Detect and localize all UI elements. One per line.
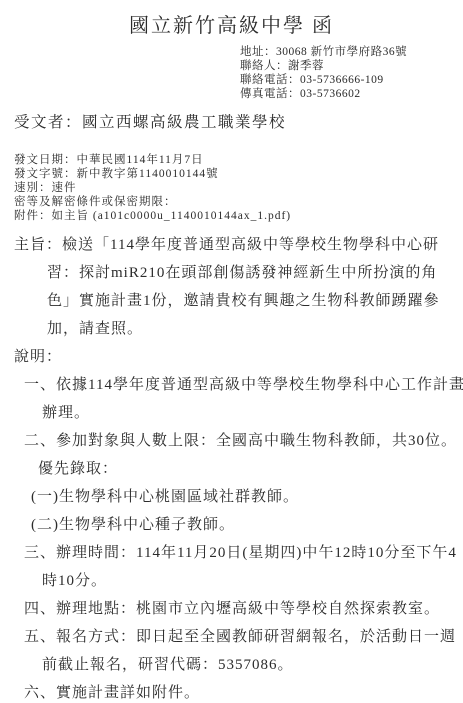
attachment-reference: 附件：如主旨 (a101c0000u_1140010144ax_1.pdf) xyxy=(14,209,463,223)
subject-line: 習：探討miR210在頭部創傷誘發神經新生中所扮演的角 xyxy=(0,259,463,287)
subject-line: 主旨：檢送「114學年度普通型高級中等學校生物學科中心研 xyxy=(0,231,463,259)
explanation-line: 五、報名方式：即日起至全國教師研習網報名，於活動日一週 xyxy=(0,623,463,651)
explanation-line: (一)生物學科中心桃園區域社群教師。 xyxy=(0,483,463,511)
priority-level: 速別：速件 xyxy=(14,181,463,195)
issue-date: 發文日期：中華民國114年11月7日 xyxy=(14,153,463,167)
explanation-line: 時10分。 xyxy=(0,567,463,595)
document-title: 國立新竹高級中學 函 xyxy=(0,0,463,38)
explanation-line: 六、實施計畫詳如附件。 xyxy=(0,679,463,703)
explanation-line: 四、辦理地點：桃園市立內壢高級中等學校自然探索教室。 xyxy=(0,595,463,623)
sender-contact-person: 聯絡人：謝季蓉 xyxy=(240,59,463,73)
letter-body: 主旨：檢送「114學年度普通型高級中等學校生物學科中心研 習：探討miR210在… xyxy=(0,231,463,703)
explanation-line: 前截止報名，研習代碼：5357086。 xyxy=(0,651,463,679)
issue-number: 發文字號：新中教字第1140010144號 xyxy=(14,167,463,181)
explanation-line: 一、依據114學年度普通型高級中等學校生物學科中心工作計畫 xyxy=(0,371,463,399)
subject-line: 色」實施計畫1份，邀請貴校有興趣之生物科教師踴躍參 xyxy=(0,287,463,315)
official-letter-page: 國立新竹高級中學 函 地址：30068 新竹市學府路36號 聯絡人：謝季蓉 聯絡… xyxy=(0,0,463,703)
sender-phone: 聯絡電話：03-5736666-109 xyxy=(240,73,463,87)
explanation-line: (二)生物學科中心種子教師。 xyxy=(0,511,463,539)
explanation-line: 三、辦理時間：114年11月20日(星期四)中午12時10分至下午4 xyxy=(0,539,463,567)
explanation-line: 二、參加對象與人數上限：全國高中職生物科教師，共30位。 xyxy=(0,427,463,455)
recipient-line: 受文者：國立西螺高級農工職業學校 xyxy=(14,114,463,132)
security-classification: 密等及解密條件或保密期限： xyxy=(14,195,463,209)
explanation-heading: 說明： xyxy=(0,343,463,371)
meta-block: 發文日期：中華民國114年11月7日 發文字號：新中教字第1140010144號… xyxy=(14,153,463,223)
subject-line: 加，請查照。 xyxy=(0,315,463,343)
sender-address: 地址：30068 新竹市學府路36號 xyxy=(240,45,463,59)
sender-fax: 傳真電話：03-5736602 xyxy=(240,87,463,101)
explanation-line: 優先錄取： xyxy=(0,455,463,483)
explanation-line: 辦理。 xyxy=(0,399,463,427)
sender-info-block: 地址：30068 新竹市學府路36號 聯絡人：謝季蓉 聯絡電話：03-57366… xyxy=(240,45,463,101)
